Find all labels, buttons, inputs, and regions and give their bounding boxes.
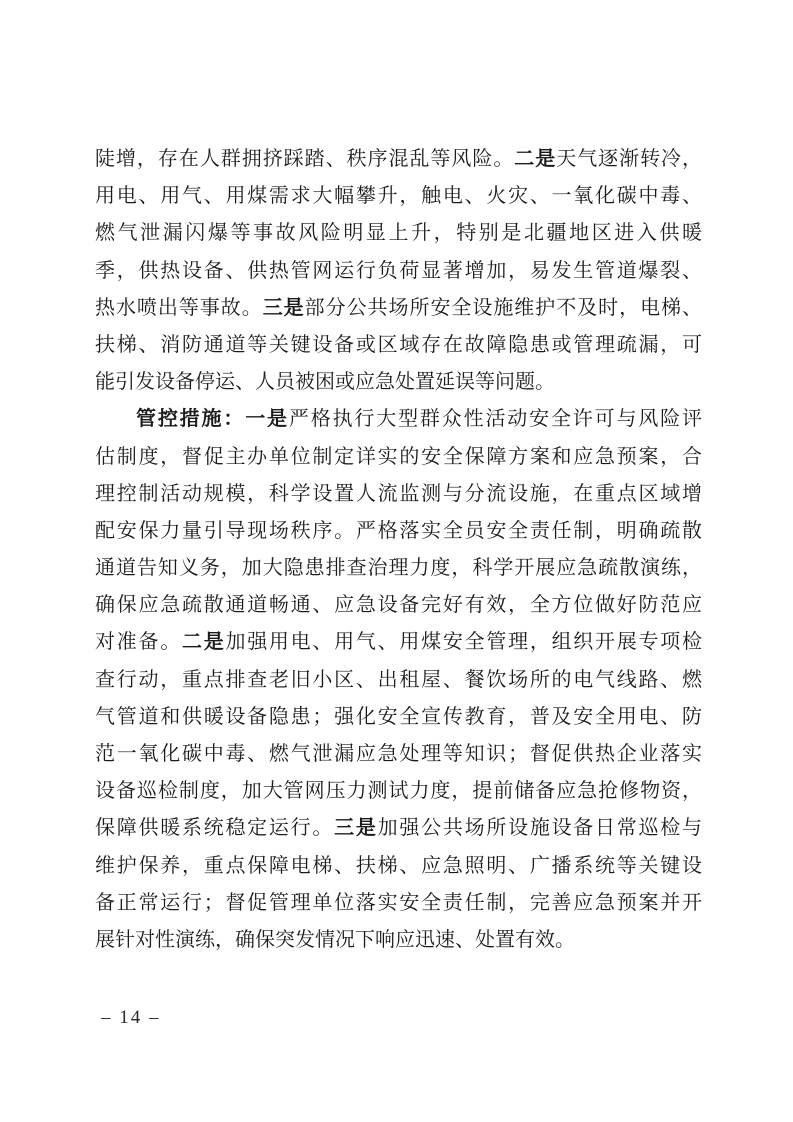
document-line: 能引发设备停运、人员被困或应急处置延误等问题。: [95, 364, 702, 401]
text-run: 能引发设备停运、人员被困或应急处置延误等问题。: [95, 371, 555, 393]
text-run: 维护保养，重点保障电梯、扶梯、应急照明、广播系统等关键设: [95, 855, 702, 877]
text-run: 用电、用气、用煤需求大幅攀升，触电、火灾、一氧化碳中毒、: [95, 185, 702, 207]
document-line: 备正常运行；督促管理单位落实安全责任制，完善应急预案并开: [95, 885, 702, 922]
document-line: 燃气泄漏闪爆等事故风险明显上升，特别是北疆地区进入供暖: [95, 215, 702, 252]
bold-text-run: 三是: [263, 297, 305, 319]
text-run: 备正常运行；督促管理单位落实安全责任制，完善应急预案并开: [95, 892, 702, 914]
text-run: 通道告知义务，加大隐患排查治理力度，科学开展应急疏散演练，: [95, 557, 702, 579]
text-run: 理控制活动规模，科学设置人流监测与分流设施，在重点区域增: [95, 483, 702, 505]
text-run: 气管道和供暖设备隐患；强化安全宣传教育，普及安全用电、防: [95, 706, 702, 728]
document-line: 展针对性演练，确保突发情况下响应迅速、处置有效。: [95, 922, 702, 959]
document-line: 保障供暖系统稳定运行。三是加强公共场所设施设备日常巡检与: [95, 810, 702, 847]
bold-text-run: 管控措施：一是: [136, 408, 289, 430]
text-run: 范一氧化碳中毒、燃气泄漏应急处理等知识；督促供热企业落实: [95, 743, 702, 765]
document-line: 确保应急疏散通道畅通、应急设备完好有效，全方位做好防范应: [95, 587, 702, 624]
text-run: 展针对性演练，确保突发情况下响应迅速、处置有效。: [95, 929, 575, 951]
text-run: 扶梯、消防通道等关键设备或区域存在故障隐患或管理疏漏，可: [95, 334, 702, 356]
document-line: 管控措施：一是严格执行大型群众性活动安全许可与风险评: [95, 401, 702, 438]
text-run: 加强公共场所设施设备日常巡检与: [378, 817, 702, 839]
text-run: 估制度，督促主办单位制定详实的安全保障方案和应急预案，合: [95, 446, 702, 468]
document-line: 理控制活动规模，科学设置人流监测与分流设施，在重点区域增: [95, 476, 702, 513]
document-page: 陡增，存在人群拥挤踩踏、秩序混乱等风险。二是天气逐渐转冷，用电、用气、用煤需求大…: [0, 0, 793, 1122]
document-line: 气管道和供暖设备隐患；强化安全宣传教育，普及安全用电、防: [95, 699, 702, 736]
document-line: 陡增，存在人群拥挤踩踏、秩序混乱等风险。二是天气逐渐转冷，: [95, 141, 702, 178]
document-body: 陡增，存在人群拥挤踩踏、秩序混乱等风险。二是天气逐渐转冷，用电、用气、用煤需求大…: [95, 141, 702, 959]
document-line: 配安保力量引导现场秩序。严格落实全员安全责任制，明确疏散: [95, 513, 702, 550]
text-run: 确保应急疏散通道畅通、应急设备完好有效，全方位做好防范应: [95, 594, 702, 616]
text-run: 查行动，重点排查老旧小区、出租屋、餐饮场所的电气线路、燃: [95, 669, 702, 691]
text-run: 部分公共场所安全设施维护不及时，电梯、: [305, 297, 702, 319]
document-line: 查行动，重点排查老旧小区、出租屋、餐饮场所的电气线路、燃: [95, 662, 702, 699]
document-line: 用电、用气、用煤需求大幅攀升，触电、火灾、一氧化碳中毒、: [95, 178, 702, 215]
document-line: 季，供热设备、供热管网运行负荷显著增加，易发生管道爆裂、: [95, 253, 702, 290]
text-run: 热水喷出等事故。: [95, 297, 263, 319]
document-line: 通道告知义务，加大隐患排查治理力度，科学开展应急疏散演练，: [95, 550, 702, 587]
document-line: 扶梯、消防通道等关键设备或区域存在故障隐患或管理疏漏，可: [95, 327, 702, 364]
text-run: 对准备。: [95, 631, 182, 653]
document-line: 范一氧化碳中毒、燃气泄漏应急处理等知识；督促供热企业落实: [95, 736, 702, 773]
page-number: – 14 –: [101, 1004, 161, 1032]
document-line: 设备巡检制度，加大管网压力测试力度，提前储备应急抢修物资，: [95, 773, 702, 810]
text-run: 季，供热设备、供热管网运行负荷显著增加，易发生管道爆裂、: [95, 260, 702, 282]
text-run: 严格执行大型群众性活动安全许可与风险评: [289, 408, 702, 430]
bold-text-run: 三是: [334, 817, 377, 839]
document-line: 热水喷出等事故。三是部分公共场所安全设施维护不及时，电梯、: [95, 290, 702, 327]
bold-text-run: 二是: [514, 148, 556, 170]
text-run: 设备巡检制度，加大管网压力测试力度，提前储备应急抢修物资，: [95, 780, 702, 802]
document-line: 对准备。二是加强用电、用气、用煤安全管理，组织开展专项检: [95, 624, 702, 661]
document-line: 维护保养，重点保障电梯、扶梯、应急照明、广播系统等关键设: [95, 848, 702, 885]
text-run: 加强用电、用气、用煤安全管理，组织开展专项检: [225, 631, 702, 653]
text-run: 天气逐渐转冷，: [556, 148, 702, 170]
text-run: 配安保力量引导现场秩序。严格落实全员安全责任制，明确疏散: [95, 520, 702, 542]
text-run: 燃气泄漏闪爆等事故风险明显上升，特别是北疆地区进入供暖: [95, 222, 702, 244]
bold-text-run: 二是: [182, 631, 225, 653]
document-line: 估制度，督促主办单位制定详实的安全保障方案和应急预案，合: [95, 439, 702, 476]
text-run: 陡增，存在人群拥挤踩踏、秩序混乱等风险。: [95, 148, 514, 170]
text-run: 保障供暖系统稳定运行。: [95, 817, 334, 839]
